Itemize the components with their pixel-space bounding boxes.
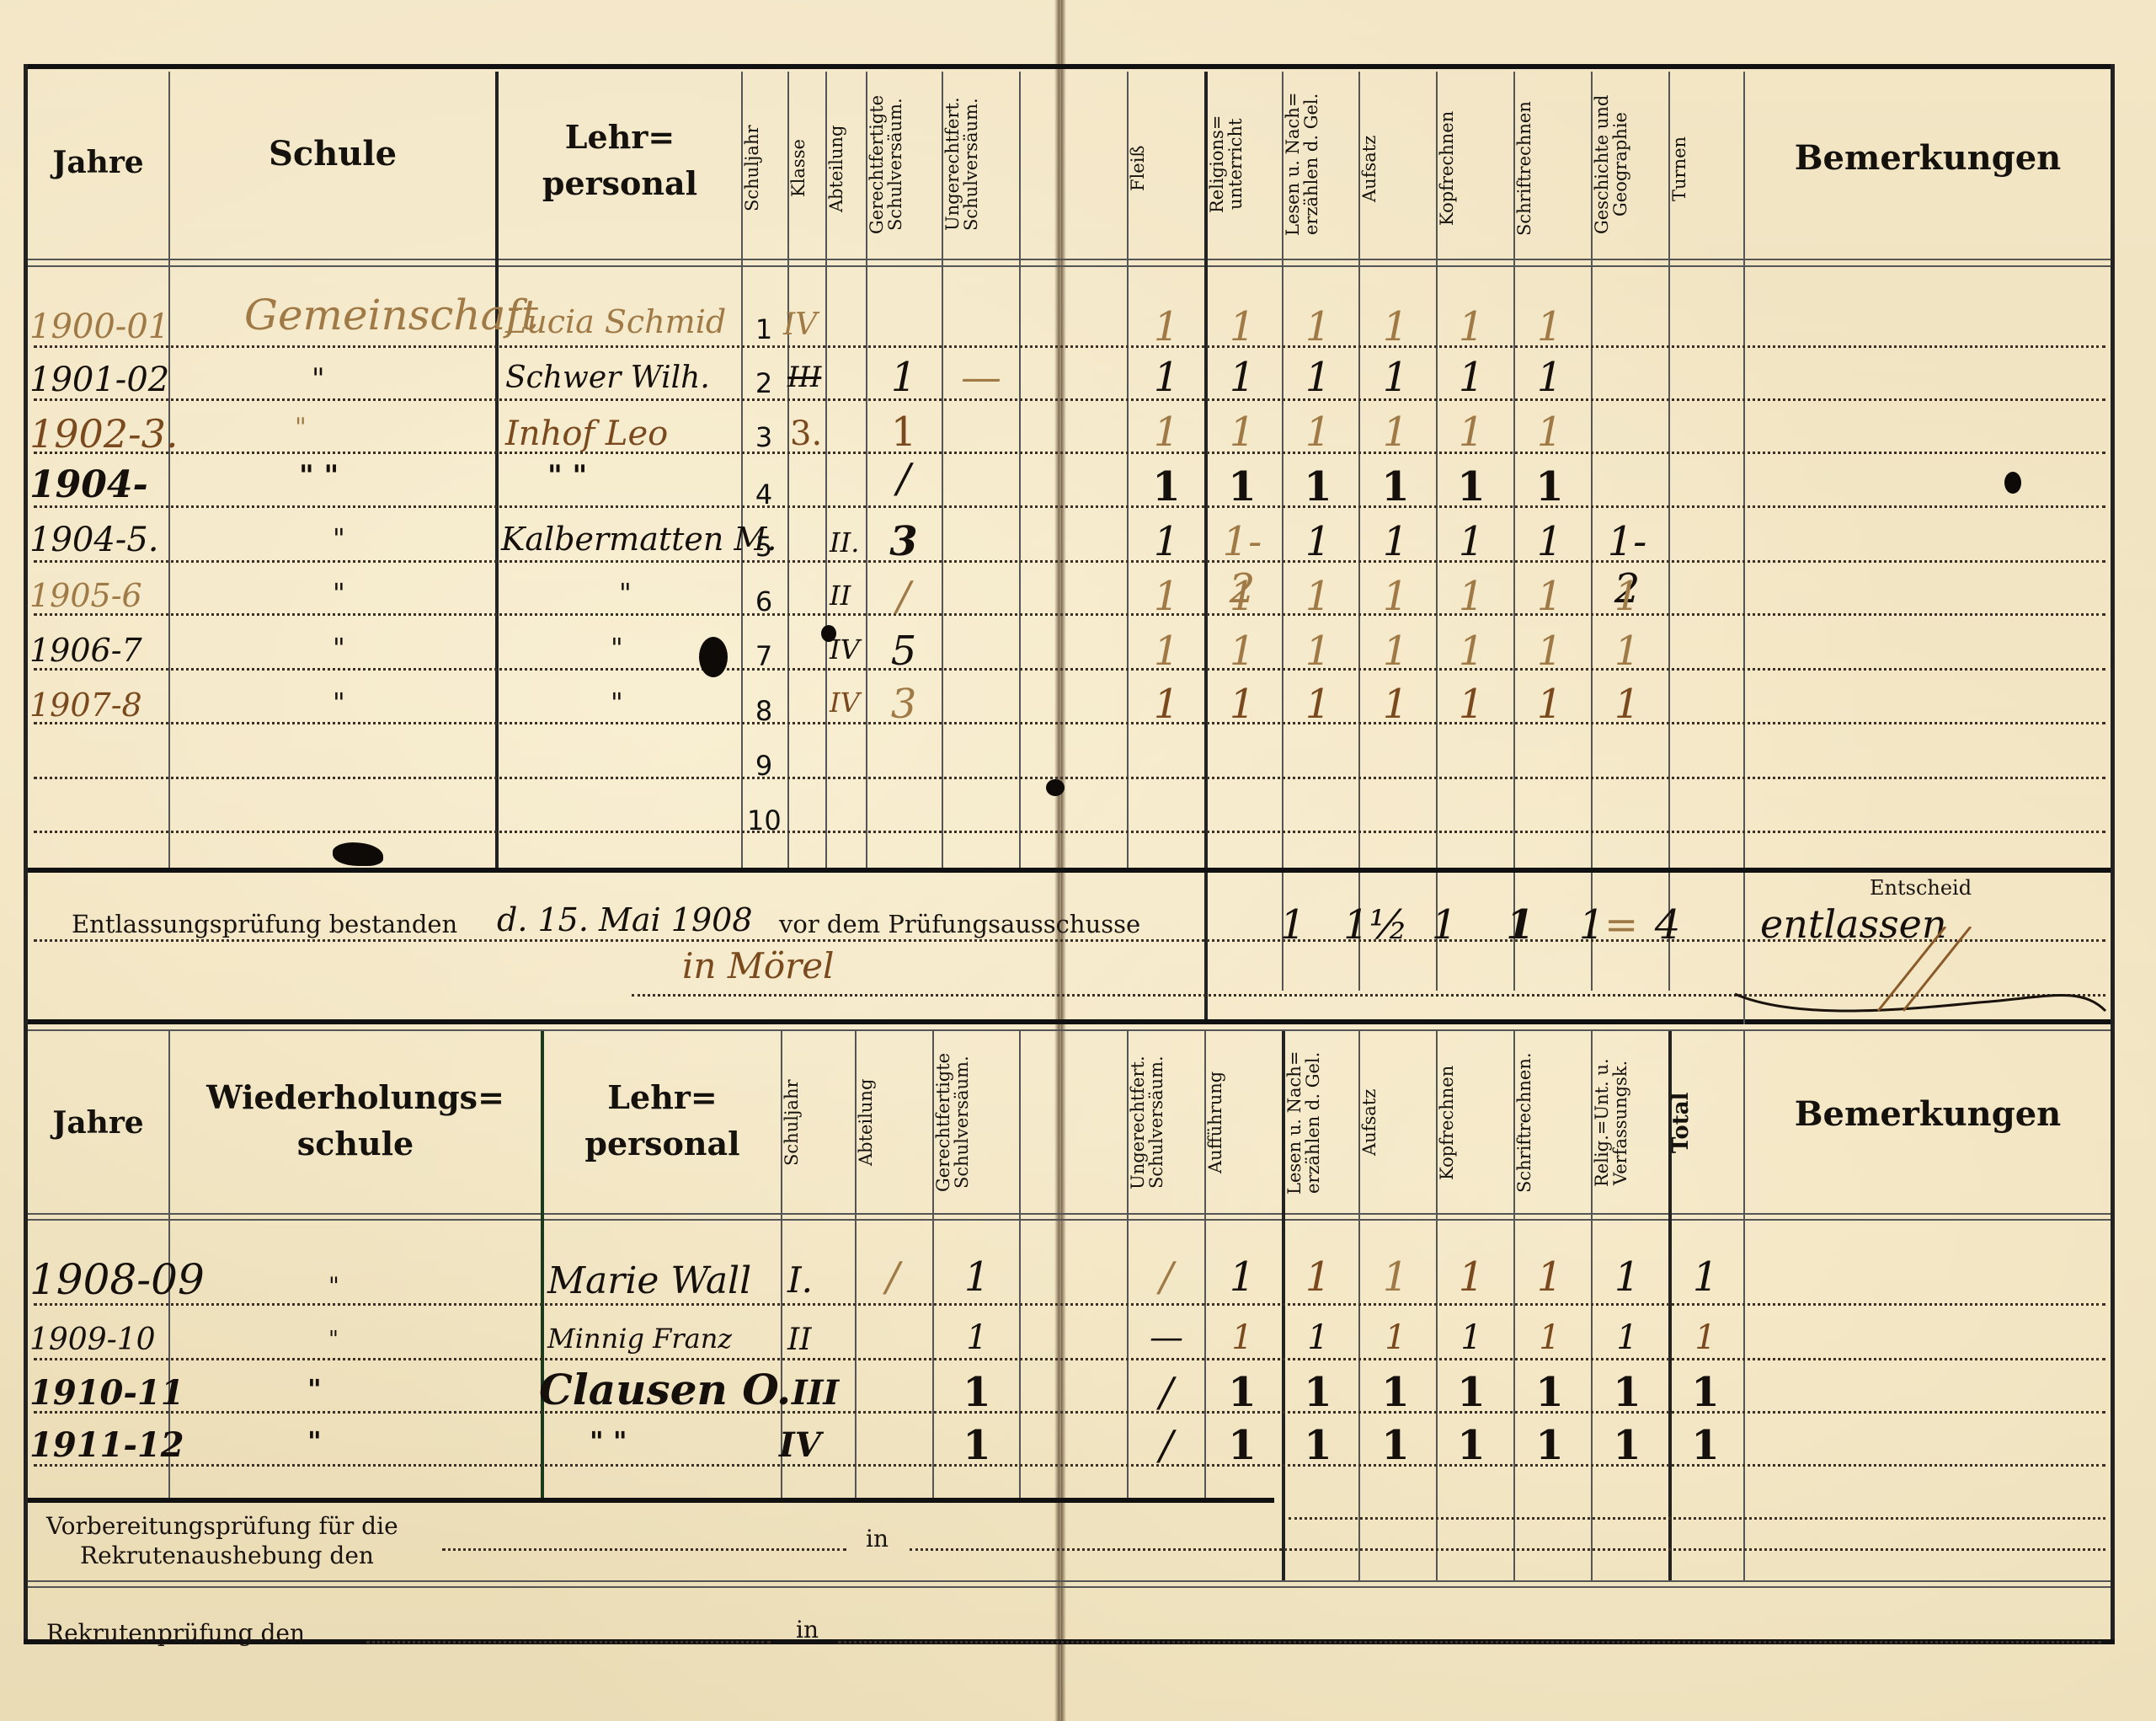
row-rule [34,1411,2105,1414]
col-line [1019,1031,1021,1498]
exit-exam-committee-label: vor dem Prüfungsausschusse [779,910,1140,938]
header-schriftrechnen: Schriftrechnen [1515,80,1591,257]
cell-jahre: 1907-8 [29,687,142,724]
row-rule [34,560,2105,563]
grade-lesen: 1 [1289,573,1347,620]
grade-aufsatz: 1 [1366,518,1425,565]
cell-lehrer: Lucia Schmid [505,303,726,340]
vorbereitung-label-1: Vorbereitungsprüfung für die [46,1512,398,1540]
grade-auffuehrung: 1 [1213,1422,1272,1469]
grade-kopfrechnen: 1 [1442,1318,1501,1357]
exit-exam-label: Entlassungsprüfung bestanden [72,910,457,938]
row-rule [34,722,2105,724]
header-total: Total [1672,1036,1743,1209]
grade-schriftrechnen: 1 [1520,628,1579,675]
grade-relig: 1 [1598,1318,1657,1357]
cell-lehrer: Clausen O. [539,1365,791,1414]
col-line [168,72,170,868]
cell-gerecht: 3 [874,518,933,565]
grade-religion: 1 [1213,628,1272,675]
exit-grade-equals: = [1604,901,1638,949]
grade-kopfrechnen: 1 [1442,573,1501,620]
header-aufsatz: Aufsatz [1360,80,1436,257]
cell-jahre: 1909-10 [29,1323,156,1357]
cell-lehrer: Inhof Leo [505,414,668,453]
cell-gerecht: / [874,455,933,502]
entscheid-label: Entscheid [1870,876,1972,900]
grade-total: 1 [1676,1318,1735,1357]
cell-schule: " [307,1425,322,1457]
row-rule [34,505,2105,508]
grade-relig: 1 [1598,1369,1657,1416]
grade-aufsatz: 1 [1366,628,1425,675]
row-rule [34,1464,2105,1467]
grade-schriftrechnen: 1 [1520,463,1579,510]
grade-schriftrechnen: 1 [1520,1369,1579,1416]
grade-aufsatz: 1 [1366,573,1425,620]
grade-relig: 1 [1598,1253,1657,1301]
header-wiederholungsschule-2: schule [170,1125,541,1163]
row-rule [34,452,2105,454]
header-rule [28,1219,2111,1221]
header-lesen: Lesen u. Nach= erzählen d. Gel. [1283,72,1358,257]
place-field-line [838,1641,2101,1644]
grade-fleiss: 1 [1137,628,1196,675]
cell-schule: " [333,687,345,719]
vorbereitung-in-label: in [866,1525,889,1553]
cell-jahre: 1905-6 [29,577,142,614]
grade-aufsatz: 1 [1366,354,1425,401]
cell-schule: " [295,413,307,442]
cell-gerecht: 1 [947,1369,1006,1416]
header-fleiss: Fleiß [1129,80,1204,257]
cell-gerecht: 1 [947,1422,1006,1469]
cell-schule: " [328,1327,339,1352]
header-abteilung: Abteilung [827,80,866,257]
date-field-line [366,1641,771,1644]
grade-kopfrechnen: 1 [1442,409,1501,456]
exit-section-rule [28,1019,2111,1024]
upper-section-rule [28,868,2111,873]
cell-klasse: 3. [790,414,822,453]
flourish-line [1726,927,2114,1019]
footer-rule [28,1586,2111,1588]
ink-blot [1046,779,1065,796]
cell-jahre: 1908-09 [29,1255,205,1304]
right-border [2111,64,2115,1644]
cell-lehrer: " " [547,459,587,493]
cell-schule: " [328,1272,339,1300]
row-rule [1289,1517,2105,1520]
grade-fleiss: 1 [1137,463,1196,510]
ink-blot [699,637,728,677]
cell-lehrer: Schwer Wilh. [505,361,710,395]
grade-schriftrechnen: 1 [1520,518,1579,565]
grade-religion: 1 [1213,681,1272,728]
header-jahre: Jahre [28,1104,168,1142]
header-rule [28,259,2111,260]
grade-kopfrechnen: 1 [1442,1422,1501,1469]
grade-kopfrechnen: 1 [1442,354,1501,401]
grade-schriftrechnen: 1 [1520,1318,1579,1357]
exit-grade: 1 [1415,901,1474,949]
cell-abteilung: IV [830,687,860,719]
header-schule: Schule [170,135,495,174]
grade-kopfrechnen: 1 [1442,628,1501,675]
header-bemerkungen: Bemerkungen [1745,1095,2111,1134]
col-line [1019,72,1021,868]
cell-gerecht: 3 [874,681,933,728]
header-jahre: Jahre [28,143,168,182]
grade-fleiss: 1 [1137,354,1196,401]
grade-aufsatz: 1 [1366,681,1425,728]
grade-aufsatz: 1 [1366,303,1425,350]
exit-grade: 1 [1263,901,1322,949]
cell-lehrer: " [619,577,632,609]
cell-schuljahr: 5 [747,531,781,563]
rekrutenpruefung-in-label: in [796,1616,819,1644]
cell-jahre: 1901-02 [29,361,169,399]
grade-schriftrechnen: 1 [1520,303,1579,350]
lower-table-rule [28,1498,1274,1503]
header-schuljahr: Schuljahr [782,1036,855,1209]
grade-religion: 1 [1213,409,1272,456]
cell-schule: " [333,632,345,664]
cell-gerecht: / [874,573,933,620]
grade-schriftrechnen: 1 [1520,354,1579,401]
cell-schule: " " [299,459,339,493]
exit-grade: 1½ [1343,901,1402,949]
cell-schuljahr: 7 [747,640,781,672]
grade-religion: 1 [1213,573,1272,620]
cell-ungerecht: — [952,354,1011,401]
cell-gerecht: 5 [874,628,933,675]
grade-kopfrechnen: 1 [1442,1369,1501,1416]
exit-section-rule [28,1029,2111,1031]
header-lehrpersonal-2: personal [544,1125,781,1163]
grade-auffuehrung: 1 [1213,1253,1272,1301]
cell-lehrer: Kalbermatten M. [501,521,776,558]
header-schriftrechnen: Schriftrechnen. [1515,1036,1591,1209]
cell-ungerecht: / [1137,1253,1196,1301]
grade-auffuehrung: 1 [1213,1369,1272,1416]
cell-gerecht: 1 [874,354,933,401]
grade-lesen: 1 [1289,1422,1347,1469]
grade-kopfrechnen: 1 [1442,463,1501,510]
grade-aufsatz: 1 [1366,1318,1425,1357]
grade-kopfrechnen: 1 [1442,303,1501,350]
cell-schule: " [312,362,325,396]
cell-jahre: 1906-7 [29,632,142,669]
cell-gerecht: 1 [947,1253,1006,1301]
cell-lehrer: " [611,687,623,719]
grade-total: 1 [1676,1369,1735,1416]
cell-lehrer: " [611,632,623,664]
grade-fleiss: 1 [1137,573,1196,620]
header-ungerechtfertigte: Ungerechtfert. Schulversäum. [943,72,1019,257]
header-abteilung: Abteilung [857,1036,932,1209]
cell-schuljahr: 1 [747,313,781,345]
vorbereitung-label-2: Rekrutenaushebung den [80,1542,374,1569]
grade-fleiss: 1 [1137,303,1196,350]
cell-lehrer: " " [590,1425,627,1457]
ink-blot [2004,472,2021,494]
header-kopfrechnen: Kopfrechnen [1438,80,1513,257]
grade-geschichte: 1 [1598,573,1657,620]
exit-grade-total: 4 [1638,901,1697,949]
cell-jahre: 1910-11 [29,1373,184,1413]
cell-schuljahr: 3 [747,421,781,453]
header-turnen: Turnen [1670,80,1743,257]
row-rule [34,1358,2105,1360]
header-klasse: Klasse [789,80,825,257]
row-rule [34,831,2105,833]
grade-lesen: 1 [1289,303,1347,350]
rekrutenpruefung-label: Rekrutenprüfung den [46,1619,305,1647]
header-religion: Religions= unterricht [1208,72,1282,257]
header-geschichte: Geschichte und Geographie [1593,72,1668,257]
grade-total: 1 [1676,1253,1735,1301]
grade-religion: 1 [1213,463,1272,510]
header-kopfrechnen: Kopfrechnen [1438,1036,1513,1209]
header-ungerechtfertigte: Ungerechtfert. Schulversäum. [1129,1032,1204,1213]
header-aufsatz: Aufsatz [1360,1036,1436,1209]
grade-fleiss: 1 [1137,409,1196,456]
grade-fleiss: 1 [1137,681,1196,728]
left-border [24,64,28,1644]
exit-exam-place: in Mörel [682,945,835,986]
cell-schuljahr: 9 [747,750,781,782]
cell-klasse: IV [783,307,817,342]
col-line [1743,72,1745,868]
grade-total: 1 [1676,1422,1735,1469]
header-gerechtfertigte: Gerechtfertigte Schulversäum. [934,1032,1019,1213]
cell-lehrer: Marie Wall [547,1259,751,1302]
cell-schuljahr: 10 [747,804,781,836]
cell-abteilung: IV [830,633,860,665]
grade-lesen: 1 [1289,354,1347,401]
header-relig-verfassung: Relig.=Unt. u. Verfassungsk. [1593,1032,1668,1213]
grade-aufsatz: 1 [1366,1369,1425,1416]
col-line [1204,873,1208,1019]
row-rule [34,668,2105,671]
cell-schuljahr: 2 [747,367,781,399]
cell-abteilung: II. [830,526,859,559]
cell-klasse: III [787,361,821,394]
exit-grade: 1 [1491,901,1550,949]
cell-lehrer: Minnig Franz [547,1323,732,1355]
header-wiederholungsschule-1: Wiederholungs= [170,1078,541,1117]
grade-schriftrechnen: 1 [1520,1422,1579,1469]
cell-schuljahr: 6 [747,585,781,617]
grade-aufsatz: 1 [1366,1253,1425,1301]
top-rule [24,64,2111,69]
exit-exam-date: d. 15. Mai 1908 [497,901,753,938]
cell-schuljahr: I. [787,1259,813,1301]
grade-geschichte: 1 [1598,681,1657,728]
cell-abteilung: / [863,1253,922,1301]
grade-relig: 1 [1598,1422,1657,1469]
header-bemerkungen: Bemerkungen [1745,139,2111,178]
cell-schule: " [333,577,345,609]
grade-schriftrechnen: 1 [1520,409,1579,456]
grade-auffuehrung: 1 [1213,1318,1272,1357]
header-schuljahr: Schuljahr [743,80,787,257]
header-lesen: Lesen u. Nach= erzählen d. Gel. [1285,1032,1358,1213]
grade-lesen: 1 [1289,518,1347,565]
cell-gerecht: 1 [874,409,933,456]
cell-abteilung: II [830,580,851,612]
header-auffuehrung: Aufführung [1206,1036,1282,1209]
grade-kopfrechnen: 1 [1442,1253,1501,1301]
cell-schuljahr: II [787,1323,811,1357]
cell-jahre: 1911-12 [29,1425,184,1465]
cell-jahre: 1904-5. [29,521,158,559]
header-lehrpersonal-1: Lehr= [499,118,741,157]
cell-schuljahr: III [792,1373,839,1413]
grade-kopfrechnen: 1 [1442,681,1501,728]
grade-religion: 1 [1213,303,1272,350]
row-rule [34,1303,2105,1306]
grade-lesen: 1 [1289,628,1347,675]
footer-rule [28,1580,2111,1582]
grade-kopfrechnen: 1 [1442,518,1501,565]
cell-ungerecht: — [1137,1318,1196,1357]
row-rule [34,613,2105,616]
row-rule [34,777,2105,779]
cell-ungerecht: / [1137,1422,1196,1469]
grade-aufsatz: 1 [1366,463,1425,510]
grade-religion: 1 [1213,354,1272,401]
grade-geschichte: 1 [1598,628,1657,675]
header-rule [28,265,2111,267]
grade-lesen: 1 [1289,681,1347,728]
grade-aufsatz: 1 [1366,1422,1425,1469]
grade-lesen: 1 [1289,1253,1347,1301]
grade-schriftrechnen: 1 [1520,1253,1579,1301]
grade-lesen: 1 [1289,1318,1347,1357]
row-rule [34,398,2105,401]
grade-lesen: 1 [1289,409,1347,456]
grade-aufsatz: 1 [1366,409,1425,456]
grade-fleiss: 1 [1137,518,1196,565]
grade-schriftrechnen: 1 [1520,681,1579,728]
cell-jahre: 1902-3. [29,411,179,457]
header-rule [28,1213,2111,1215]
cell-ungerecht: / [1137,1369,1196,1416]
cell-jahre: 1900-01 [29,307,169,346]
cell-schuljahr: 4 [747,478,781,510]
cell-schuljahr: 8 [747,695,781,727]
date-field-line [442,1548,846,1551]
header-lehrpersonal-2: personal [499,164,741,203]
grade-lesen: 1 [1289,463,1347,510]
row-rule [34,345,2105,348]
place-field-line [910,1548,2105,1551]
cell-schule: Gemeinschaft [244,291,538,339]
cell-jahre: 1904- [29,463,148,506]
cell-gerecht: 1 [947,1318,1006,1357]
cell-schuljahr: IV [779,1425,821,1465]
header-lehrpersonal-1: Lehr= [544,1078,781,1117]
header-gerechtfertigte: Gerechtfertigte Schulversäum. [867,72,942,257]
grade-schriftrechnen: 1 [1520,573,1579,620]
cell-schule: " [307,1373,322,1405]
grade-lesen: 1 [1289,1369,1347,1416]
cell-schule: " [333,522,345,554]
